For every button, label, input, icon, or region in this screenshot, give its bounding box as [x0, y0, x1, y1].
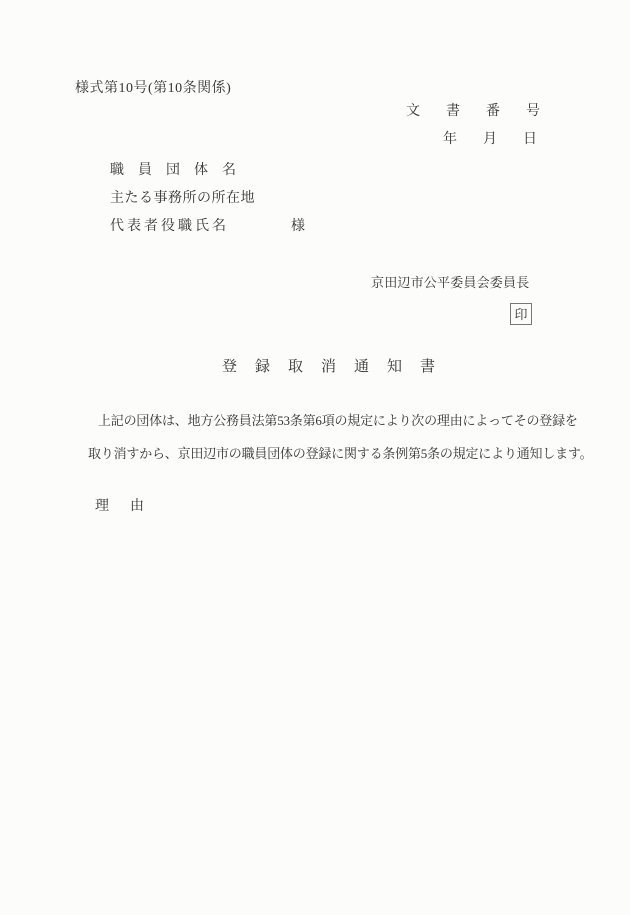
- honorific-sama: 様: [291, 220, 305, 234]
- representative-title-name-label: 代表者役職氏名: [110, 220, 229, 234]
- body-text-line-1: 上記の団体は、地方公務員法第53条第6項の規定により次の理由によってその登録を: [98, 414, 578, 427]
- form-number: 様式第10号(第10条関係): [75, 82, 231, 96]
- office-address-label: 主たる事務所の所在地: [110, 192, 255, 206]
- seal-character: 印: [514, 308, 527, 321]
- document-page: 様式第10号(第10条関係) 文書番号 年月日 職員団体名 主たる事務所の所在地…: [0, 0, 630, 915]
- organization-name-label: 職員団体名: [110, 164, 250, 178]
- document-number-label: 文書番号: [406, 105, 566, 119]
- body-text-line-2: 取り消すから、京田辺市の職員団体の登録に関する条例第5条の規定により通知します。: [88, 447, 592, 460]
- sender-name: 京田辺市公平委員会委員長: [371, 276, 529, 289]
- document-title: 登録取消通知書: [222, 360, 453, 375]
- date-label: 年月日: [443, 133, 563, 147]
- seal-box: 印: [510, 303, 532, 325]
- reason-label: 理由: [95, 500, 165, 514]
